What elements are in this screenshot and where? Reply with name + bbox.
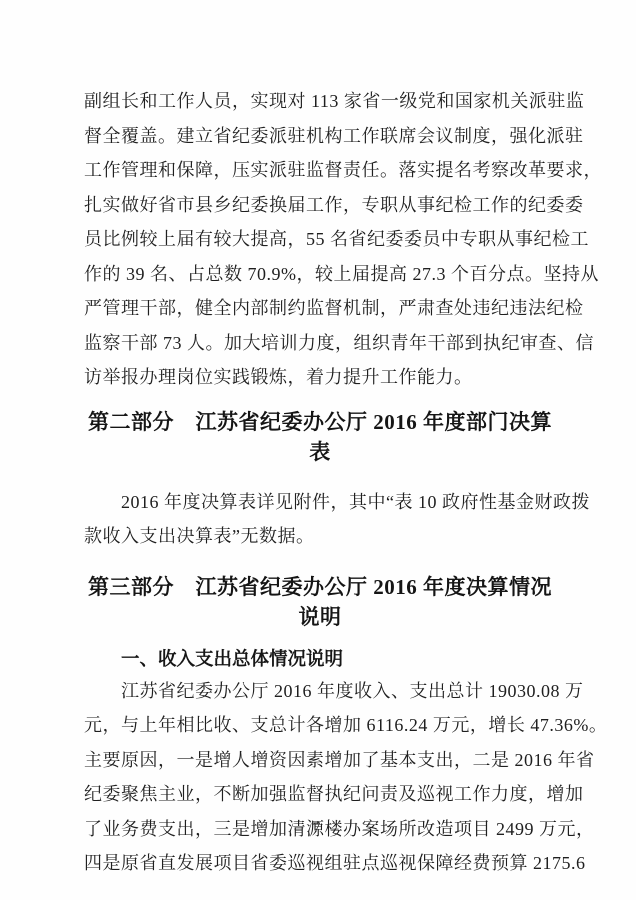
document-page: 副组长和工作人员，实现对 113 家省一级党和国家机关派驻监 督全覆盖。建立省纪… xyxy=(0,0,636,900)
body-line: 款收入支出决算表”无数据。 xyxy=(84,519,556,554)
body-line: 四是原省直发展项目省委巡视组驻点巡视保障经费预算 2175.6 xyxy=(84,846,556,881)
document-content: 副组长和工作人员，实现对 113 家省一级党和国家机关派驻监 督全覆盖。建立省纪… xyxy=(84,84,556,881)
section-3-paragraph: 江苏省纪委办公厅 2016 年度收入、支出总计 19030.08 万 元，与上年… xyxy=(84,674,556,881)
body-line: 扎实做好省市县乡纪委换届工作，专职从事纪检工作的纪委委 xyxy=(84,188,556,223)
body-line: 纪委聚焦主业，不断加强监督执纪问责及巡视工作力度，增加 xyxy=(84,777,556,812)
body-line: 2016 年度决算表详见附件，其中“表 10 政府性基金财政拨 xyxy=(84,485,556,520)
body-line: 主要原因，一是增人增资因素增加了基本支出，二是 2016 年省 xyxy=(84,743,556,778)
body-line: 严管理干部，健全内部制约监督机制，严肃查处违纪违法纪检 xyxy=(84,291,556,326)
section-2-heading: 第二部分 江苏省纪委办公厅 2016 年度部门决算表 xyxy=(84,407,556,467)
section-2-paragraph: 2016 年度决算表详见附件，其中“表 10 政府性基金财政拨 款收入支出决算表… xyxy=(84,485,556,554)
body-line: 作的 39 名、占总数 70.9%，较上届提高 27.3 个百分点。坚持从 xyxy=(84,257,556,292)
body-paragraph-continuation: 副组长和工作人员，实现对 113 家省一级党和国家机关派驻监 督全覆盖。建立省纪… xyxy=(84,84,556,395)
body-line: 监察干部 73 人。加大培训力度，组织青年干部到执纪审查、信 xyxy=(84,326,556,361)
body-line: 江苏省纪委办公厅 2016 年度收入、支出总计 19030.08 万 xyxy=(84,674,556,709)
page-number: – 7 – xyxy=(0,820,636,838)
body-line: 元，与上年相比收、支总计各增加 6116.24 万元，增长 47.36%。 xyxy=(84,708,556,743)
body-line: 访举报办理岗位实践锻炼，着力提升工作能力。 xyxy=(84,360,556,395)
section-3-heading: 第三部分 江苏省纪委办公厅 2016 年度决算情况说明 xyxy=(84,572,556,632)
body-line: 工作管理和保障，压实派驻监督责任。落实提名考察改革要求， xyxy=(84,153,556,188)
body-line: 督全覆盖。建立省纪委派驻机构工作联席会议制度，强化派驻 xyxy=(84,119,556,154)
body-line: 员比例较上届有较大提高，55 名省纪委委员中专职从事纪检工 xyxy=(84,222,556,257)
subsection-1-heading: 一、收入支出总体情况说明 xyxy=(84,646,556,672)
body-line: 副组长和工作人员，实现对 113 家省一级党和国家机关派驻监 xyxy=(84,84,556,119)
